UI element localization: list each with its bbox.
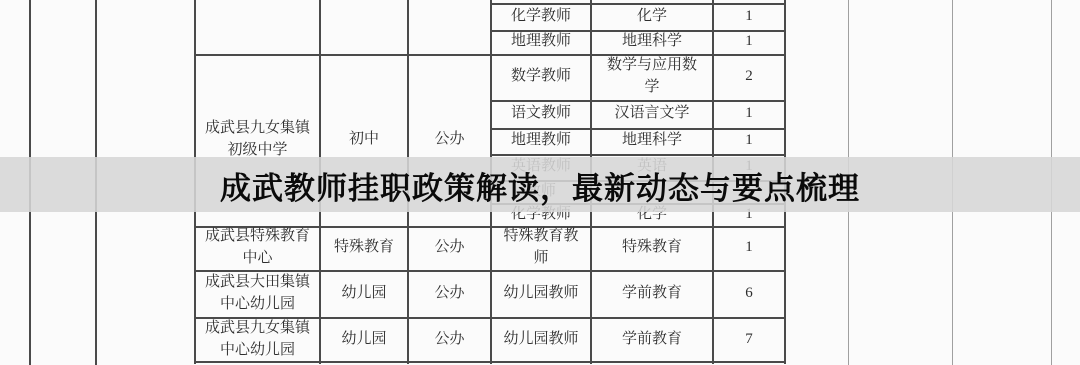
headline-title: 成武教师挂职政策解读，最新动态与要点梳理 xyxy=(220,163,860,208)
cell-subject: 化学 xyxy=(591,3,713,30)
cell-position: 地理教师 xyxy=(491,30,591,54)
cell-level: 幼儿园 xyxy=(320,317,408,362)
cell-type: 公办 xyxy=(408,226,491,270)
cell-count: 1 xyxy=(713,128,785,154)
cell-position: 化学教师 xyxy=(491,3,591,30)
cell-subject: 地理科学 xyxy=(591,30,713,54)
cell-position: 幼儿园教师 xyxy=(491,317,591,362)
cell-level: 幼儿园 xyxy=(320,270,408,317)
cell-count: 6 xyxy=(713,270,785,317)
cell-school: 成武县九女集镇中心幼儿园 xyxy=(195,317,320,362)
cell-type: 公办 xyxy=(408,270,491,317)
cell-school: 成武县特殊教育中心 xyxy=(195,226,320,270)
cell-type: 公办 xyxy=(408,317,491,362)
cell-subject: 特殊教育 xyxy=(591,226,713,270)
cell-subject: 学前教育 xyxy=(591,317,713,362)
cell-subject: 地理科学 xyxy=(591,128,713,154)
table-screenshot: 化学教师 化学 1 地理教师 地理科学 1 成武县九女集镇初级中学 初中 公办 … xyxy=(0,0,1080,365)
cell-subject: 汉语言文学 xyxy=(591,100,713,128)
cell-position: 数学教师 xyxy=(491,54,591,100)
cell-position: 特殊教育教师 xyxy=(491,226,591,270)
cell-position: 地理教师 xyxy=(491,128,591,154)
cell-count: 1 xyxy=(713,3,785,30)
cell-count: 1 xyxy=(713,100,785,128)
headline-banner: 成武教师挂职政策解读，最新动态与要点梳理 xyxy=(0,157,1080,212)
cell-subject: 学前教育 xyxy=(591,270,713,317)
cell-count: 1 xyxy=(713,30,785,54)
cell-count: 7 xyxy=(713,317,785,362)
cell-level: 特殊教育 xyxy=(320,226,408,270)
cell-position: 语文教师 xyxy=(491,100,591,128)
cell-position: 幼儿园教师 xyxy=(491,270,591,317)
cell-count: 2 xyxy=(713,54,785,100)
cell-count: 1 xyxy=(713,226,785,270)
cell-school: 成武县大田集镇中心幼儿园 xyxy=(195,270,320,317)
cell-subject: 数学与应用数学 xyxy=(591,54,713,100)
